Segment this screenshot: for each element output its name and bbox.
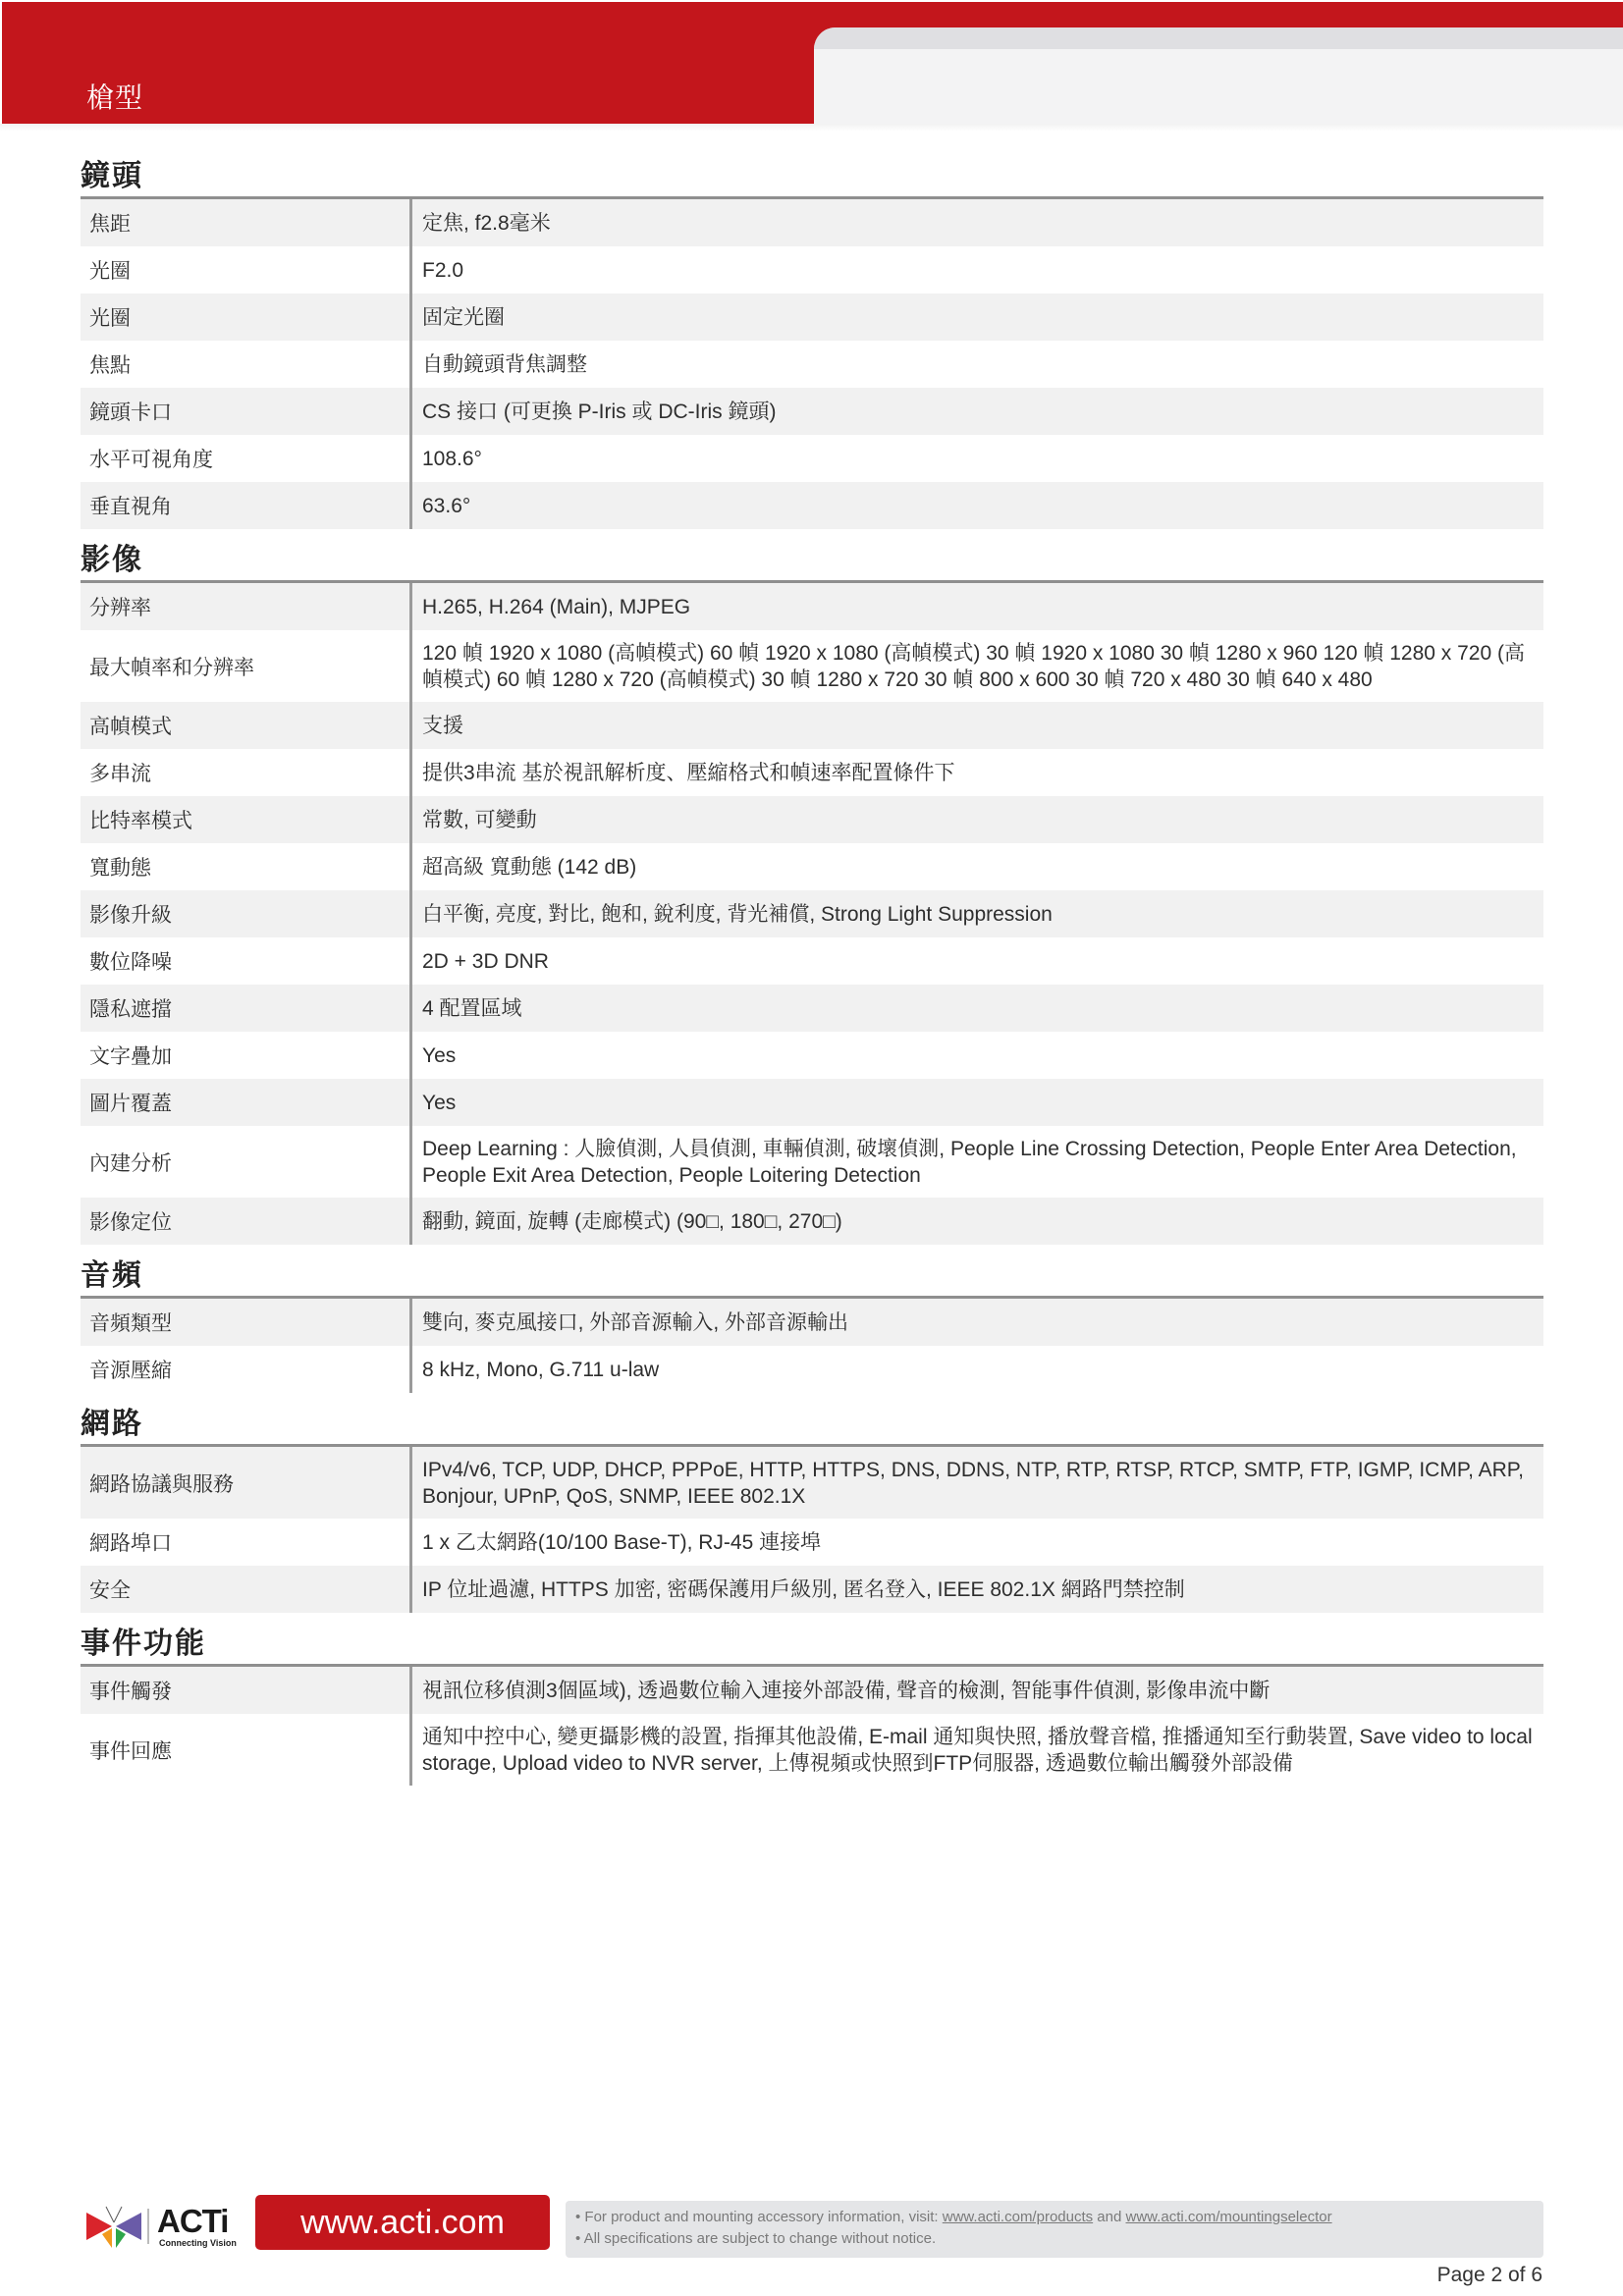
spec-label: 音頻類型 (81, 1299, 412, 1346)
spec-label: 垂直視角 (81, 482, 412, 529)
table-row: 內建分析Deep Learning : 人臉偵測, 人員偵測, 車輛偵測, 破壞… (81, 1126, 1543, 1198)
table-row: 分辨率H.265, H.264 (Main), MJPEG (81, 583, 1543, 630)
table-row: 最大幀率和分辨率120 幀 1920 x 1080 (高幀模式) 60 幀 19… (81, 630, 1543, 702)
spec-value: CS 接口 (可更換 P-Iris 或 DC-Iris 鏡頭) (412, 388, 1543, 435)
table-row: 寬動態超高級 寬動態 (142 dB) (81, 843, 1543, 890)
spec-label: 焦點 (81, 341, 412, 388)
table-row: 安全IP 位址過濾, HTTPS 加密, 密碼保護用戶級別, 匿名登入, IEE… (81, 1566, 1543, 1613)
spec-content: 鏡頭 焦距定焦, f2.8毫米 光圈F2.0 光圈固定光圈 焦點自動鏡頭背焦調整… (81, 155, 1543, 1797)
header-inset-strip (814, 27, 1623, 49)
spec-value: F2.0 (412, 246, 1543, 294)
spec-table-events: 事件觸發視訊位移偵測3個區域), 透過數位輸入連接外部設備, 聲音的檢測, 智能… (81, 1664, 1543, 1786)
table-row: 音源壓縮8 kHz, Mono, G.711 u-law (81, 1346, 1543, 1393)
spec-table-network: 網路協議與服務IPv4/v6, TCP, UDP, DHCP, PPPoE, H… (81, 1444, 1543, 1613)
mounting-selector-link[interactable]: www.acti.com/mountingselector (1126, 2209, 1332, 2225)
logo-wordmark: ACTi (157, 2203, 228, 2240)
notice-line-1: • For product and mounting accessory inf… (575, 2207, 1534, 2228)
spec-value: H.265, H.264 (Main), MJPEG (412, 583, 1543, 630)
notice-text: • For product and mounting accessory inf… (575, 2209, 943, 2225)
spec-label: 隱私遮擋 (81, 985, 412, 1032)
table-row: 高幀模式支援 (81, 702, 1543, 749)
spec-value: 常數, 可變動 (412, 796, 1543, 843)
spec-value: 超高級 寬動態 (142 dB) (412, 843, 1543, 890)
table-row: 影像升級白平衡, 亮度, 對比, 飽和, 銳利度, 背光補償, Strong L… (81, 890, 1543, 937)
table-row: 事件觸發視訊位移偵測3個區域), 透過數位輸入連接外部設備, 聲音的檢測, 智能… (81, 1667, 1543, 1714)
spec-value: 1 x 乙太網路(10/100 Base-T), RJ-45 連接埠 (412, 1519, 1543, 1566)
logo-tagline: Connecting Vision (159, 2238, 237, 2248)
spec-label: 事件回應 (81, 1714, 412, 1786)
table-row: 文字疊加Yes (81, 1032, 1543, 1079)
acti-logo-icon (86, 2205, 141, 2248)
header-shadow (0, 124, 1623, 132)
table-row: 網路協議與服務IPv4/v6, TCP, UDP, DHCP, PPPoE, H… (81, 1447, 1543, 1519)
spec-label: 焦距 (81, 199, 412, 246)
header-inset-panel (814, 27, 1623, 126)
spec-table-lens: 焦距定焦, f2.8毫米 光圈F2.0 光圈固定光圈 焦點自動鏡頭背焦調整 鏡頭… (81, 196, 1543, 529)
table-row: 比特率模式常數, 可變動 (81, 796, 1543, 843)
spec-label: 鏡頭卡口 (81, 388, 412, 435)
spec-value: 108.6° (412, 435, 1543, 482)
spec-value: 4 配置區域 (412, 985, 1543, 1032)
table-row: 影像定位翻動, 鏡面, 旋轉 (走廊模式) (90□, 180□, 270□) (81, 1198, 1543, 1245)
spec-value: 8 kHz, Mono, G.711 u-law (412, 1346, 1543, 1393)
spec-label: 影像定位 (81, 1198, 412, 1245)
spec-label: 最大幀率和分辨率 (81, 630, 412, 702)
spec-value: 翻動, 鏡面, 旋轉 (走廊模式) (90□, 180□, 270□) (412, 1198, 1543, 1245)
notice-line-2: • All specifications are subject to chan… (575, 2228, 1534, 2250)
section-title-image: 影像 (81, 541, 1543, 580)
table-row: 多串流提供3串流 基於視訊解析度、壓縮格式和幀速率配置條件下 (81, 749, 1543, 796)
acti-logo: ACTi Connecting Vision (86, 2205, 243, 2250)
spec-label: 光圈 (81, 294, 412, 341)
website-link-button[interactable]: www.acti.com (255, 2195, 550, 2250)
spec-label: 影像升級 (81, 890, 412, 937)
notice-and-text: and (1093, 2209, 1125, 2225)
products-link[interactable]: www.acti.com/products (943, 2209, 1093, 2225)
logo-divider (147, 2209, 149, 2244)
spec-value: 定焦, f2.8毫米 (412, 199, 1543, 246)
spec-value: Yes (412, 1032, 1543, 1079)
spec-label: 事件觸發 (81, 1667, 412, 1714)
table-row: 光圈固定光圈 (81, 294, 1543, 341)
table-row: 隱私遮擋4 配置區域 (81, 985, 1543, 1032)
spec-label: 分辨率 (81, 583, 412, 630)
spec-label: 水平可視角度 (81, 435, 412, 482)
page-number: Page 2 of 6 (1437, 2264, 1542, 2287)
spec-label: 光圈 (81, 246, 412, 294)
notice-box: • For product and mounting accessory inf… (566, 2201, 1543, 2258)
spec-label: 安全 (81, 1566, 412, 1613)
spec-label: 高幀模式 (81, 702, 412, 749)
spec-value: 視訊位移偵測3個區域), 透過數位輸入連接外部設備, 聲音的檢測, 智能事件偵測… (412, 1667, 1543, 1714)
spec-value: 固定光圈 (412, 294, 1543, 341)
spec-label: 音源壓縮 (81, 1346, 412, 1393)
table-row: 音頻類型雙向, 麥克風接口, 外部音源輸入, 外部音源輸出 (81, 1299, 1543, 1346)
section-title-lens: 鏡頭 (81, 157, 1543, 196)
spec-value: Yes (412, 1079, 1543, 1126)
section-title-network: 網路 (81, 1405, 1543, 1444)
header-band: 槍型 (2, 2, 1623, 124)
table-row: 焦點自動鏡頭背焦調整 (81, 341, 1543, 388)
table-row: 焦距定焦, f2.8毫米 (81, 199, 1543, 246)
footer: ACTi Connecting Vision www.acti.com • Fo… (0, 2189, 1623, 2296)
spec-label: 寬動態 (81, 843, 412, 890)
spec-label: 圖片覆蓋 (81, 1079, 412, 1126)
spec-label: 內建分析 (81, 1126, 412, 1198)
spec-label: 網路埠口 (81, 1519, 412, 1566)
spec-label: 數位降噪 (81, 937, 412, 985)
spec-table-audio: 音頻類型雙向, 麥克風接口, 外部音源輸入, 外部音源輸出 音源壓縮8 kHz,… (81, 1296, 1543, 1393)
table-row: 光圈F2.0 (81, 246, 1543, 294)
table-row: 鏡頭卡口CS 接口 (可更換 P-Iris 或 DC-Iris 鏡頭) (81, 388, 1543, 435)
table-row: 數位降噪2D + 3D DNR (81, 937, 1543, 985)
spec-value: IPv4/v6, TCP, UDP, DHCP, PPPoE, HTTP, HT… (412, 1447, 1543, 1519)
table-row: 事件回應通知中控中心, 變更攝影機的設置, 指揮其他設備, E-mail 通知與… (81, 1714, 1543, 1786)
spec-label: 多串流 (81, 749, 412, 796)
spec-value: 白平衡, 亮度, 對比, 飽和, 銳利度, 背光補償, Strong Light… (412, 890, 1543, 937)
spec-value: 通知中控中心, 變更攝影機的設置, 指揮其他設備, E-mail 通知與快照, … (412, 1714, 1543, 1786)
spec-value: 自動鏡頭背焦調整 (412, 341, 1543, 388)
spec-value: 63.6° (412, 482, 1543, 529)
spec-value: IP 位址過濾, HTTPS 加密, 密碼保護用戶級別, 匿名登入, IEEE … (412, 1566, 1543, 1613)
spec-label: 網路協議與服務 (81, 1447, 412, 1519)
table-row: 圖片覆蓋Yes (81, 1079, 1543, 1126)
spec-label: 文字疊加 (81, 1032, 412, 1079)
page-title: 槍型 (86, 77, 143, 116)
spec-table-image: 分辨率H.265, H.264 (Main), MJPEG 最大幀率和分辨率12… (81, 580, 1543, 1245)
spec-value: 2D + 3D DNR (412, 937, 1543, 985)
table-row: 垂直視角63.6° (81, 482, 1543, 529)
spec-label: 比特率模式 (81, 796, 412, 843)
spec-value: 120 幀 1920 x 1080 (高幀模式) 60 幀 1920 x 108… (412, 630, 1543, 702)
section-title-audio: 音頻 (81, 1256, 1543, 1296)
table-row: 水平可視角度108.6° (81, 435, 1543, 482)
table-row: 網路埠口1 x 乙太網路(10/100 Base-T), RJ-45 連接埠 (81, 1519, 1543, 1566)
spec-value: 支援 (412, 702, 1543, 749)
spec-value: 雙向, 麥克風接口, 外部音源輸入, 外部音源輸出 (412, 1299, 1543, 1346)
spec-value: 提供3串流 基於視訊解析度、壓縮格式和幀速率配置條件下 (412, 749, 1543, 796)
spec-value: Deep Learning : 人臉偵測, 人員偵測, 車輛偵測, 破壞偵測, … (412, 1126, 1543, 1198)
section-title-events: 事件功能 (81, 1625, 1543, 1664)
